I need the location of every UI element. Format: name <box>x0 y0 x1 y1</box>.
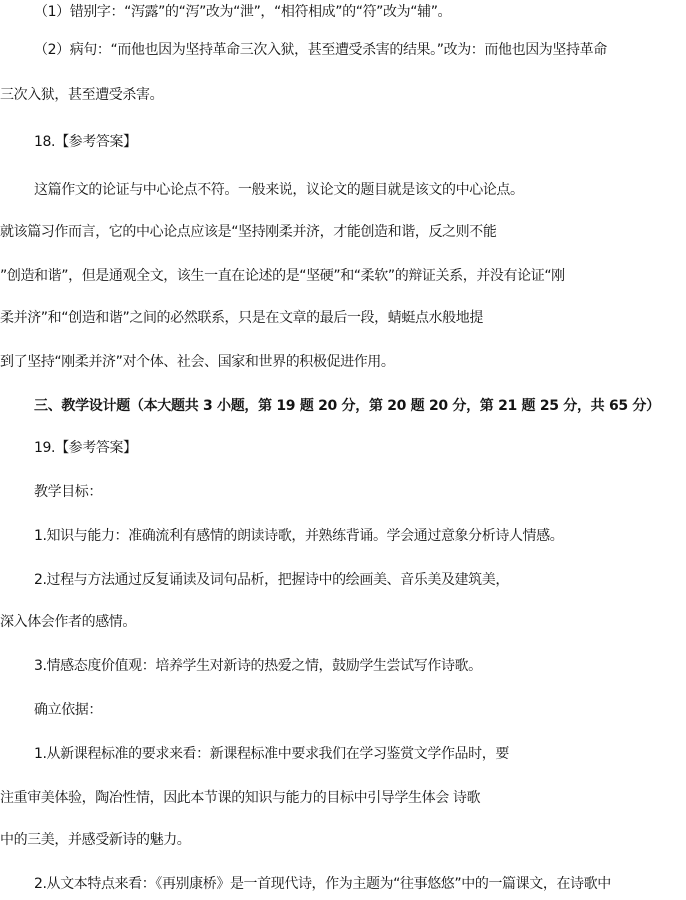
answer-18-paragraph-line-2: 就该篇习作而言，它的中心论点应该是“坚持刚柔并济，才能创造和谐，反之则不能 <box>0 222 496 242</box>
section-3-heading: 三、教学设计题（本大题共 3 小题，第 19 题 20 分，第 20 题 20 … <box>34 396 660 416</box>
goal-3-emotion: 3.情感态度价值观：培养学生对新诗的热爱之情，鼓励学生尝试写作诗歌。 <box>34 656 482 676</box>
goal-1-knowledge: 1.知识与能力：准确流利有感情的朗读诗歌，并熟练背诵。学会通过意象分析诗人情感。 <box>34 526 563 546</box>
correction-sentence-continued: 三次入狱，甚至遭受杀害。 <box>0 85 163 105</box>
teaching-goals-label: 教学目标： <box>34 482 102 502</box>
answer-18-paragraph-line-3: ”创造和谐”，但是通观全文，该生一直在论述的是“坚硬”和“柔软”的辩证关系，并没… <box>0 266 565 286</box>
basis-1-curriculum: 1.从新课程标准的要求来看：新课程标准中要求我们在学习鉴赏文学作品时，要 <box>34 744 509 764</box>
answer-18-paragraph-line-4: 柔并济”和“创造和谐”之间的必然联系，只是在文章的最后一段，蜻蜓点水般地提 <box>0 308 483 328</box>
correction-sentence-line: （2）病句：“而他也因为坚持革命三次入狱，甚至遭受杀害的结果。”改为：而他也因为… <box>34 40 607 60</box>
basis-1-curriculum-line-2: 注重审美体验，陶冶性情，因此本节课的知识与能力的目标中引导学生体会 诗歌 <box>0 788 480 808</box>
goal-2-process: 2.过程与方法通过反复诵读及词句品析，把握诗中的绘画美、音乐美及建筑美， <box>34 570 509 590</box>
answer-19-heading: 19.【参考答案】 <box>34 438 137 458</box>
answer-18-heading: 18.【参考答案】 <box>34 132 137 152</box>
document-page: （1）错别字：“泻露”的“泻”改为“泄”，“相符相成”的“符”改为“辅”。 （2… <box>0 0 686 900</box>
answer-18-paragraph-line-5: 到了坚持“刚柔并济”对个体、社会、国家和世界的积极促进作用。 <box>0 352 395 372</box>
basis-label: 确立依据： <box>34 700 102 720</box>
correction-typo-line: （1）错别字：“泻露”的“泻”改为“泄”，“相符相成”的“符”改为“辅”。 <box>34 2 451 22</box>
basis-1-curriculum-line-3: 中的三美，并感受新诗的魅力。 <box>0 830 190 850</box>
goal-2-process-continued: 深入体会作者的感情。 <box>0 612 136 632</box>
answer-18-paragraph-line-1: 这篇作文的论证与中心论点不符。一般来说，议论文的题目就是该文的中心论点。 <box>34 180 524 200</box>
basis-2-text-features: 2.从文本特点来看：《再别康桥》是一首现代诗，作为主题为“往事悠悠”中的一篇课文… <box>34 874 611 894</box>
